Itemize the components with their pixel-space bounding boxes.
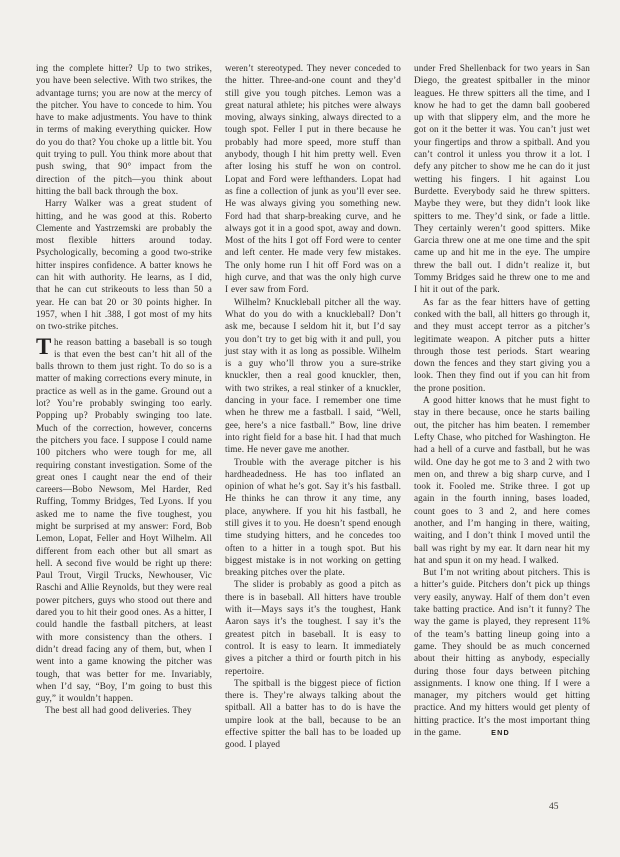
paragraph: Harry Walker was a great student of hitt… [36, 197, 212, 332]
paragraph: The best all had good deliveries. They [36, 704, 212, 716]
article-column-1: ing the complete hitter? Up to two strik… [36, 62, 212, 751]
paragraph-text: he reason batting a baseball is so tough… [36, 337, 212, 704]
paragraph-text: weren’t stereotyped. They never conceded… [225, 63, 401, 294]
article-column-2: weren’t stereotyped. They never conceded… [225, 62, 401, 751]
magazine-page: ing the complete hitter? Up to two strik… [0, 0, 620, 857]
article-body: ing the complete hitter? Up to two strik… [36, 62, 590, 751]
paragraph: ing the complete hitter? Up to two strik… [36, 62, 212, 197]
paragraph-text: under Fred Shellenback for two years in … [414, 63, 590, 294]
paragraph: The slider is probably as good a pitch a… [225, 578, 401, 676]
paragraph-text: Trouble with the average pitcher is his … [225, 457, 401, 578]
paragraph: under Fred Shellenback for two years in … [414, 62, 590, 296]
drop-cap: T [36, 336, 54, 356]
end-marker: END [491, 728, 510, 737]
paragraph: Trouble with the average pitcher is his … [225, 456, 401, 579]
paragraph-text: The slider is probably as good a pitch a… [225, 579, 401, 675]
paragraph-text: ing the complete hitter? Up to two strik… [36, 63, 212, 196]
paragraph: The spitball is the biggest piece of fic… [225, 677, 401, 751]
paragraph: But I’m not writing about pitchers. This… [414, 566, 590, 739]
paragraph-text: Harry Walker was a great student of hitt… [36, 198, 212, 331]
paragraph: weren’t stereotyped. They never conceded… [225, 62, 401, 296]
paragraph: Wilhelm? Knuckleball pitcher all the way… [225, 296, 401, 456]
paragraph-text: Wilhelm? Knuckleball pitcher all the way… [225, 297, 401, 455]
page-number: 45 [549, 802, 559, 812]
paragraph-text: The best all had good deliveries. They [45, 705, 192, 715]
paragraph: As far as the fear hitters have of getti… [414, 296, 590, 394]
article-column-3: under Fred Shellenback for two years in … [414, 62, 590, 751]
paragraph: The reason batting a baseball is so toug… [36, 336, 212, 705]
paragraph-text: But I’m not writing about pitchers. This… [414, 567, 590, 737]
paragraph-text: The spitball is the biggest piece of fic… [225, 678, 401, 749]
paragraph: A good hitter knows that he must fight t… [414, 394, 590, 566]
paragraph-text: A good hitter knows that he must fight t… [414, 395, 590, 565]
paragraph-text: As far as the fear hitters have of getti… [414, 297, 590, 393]
